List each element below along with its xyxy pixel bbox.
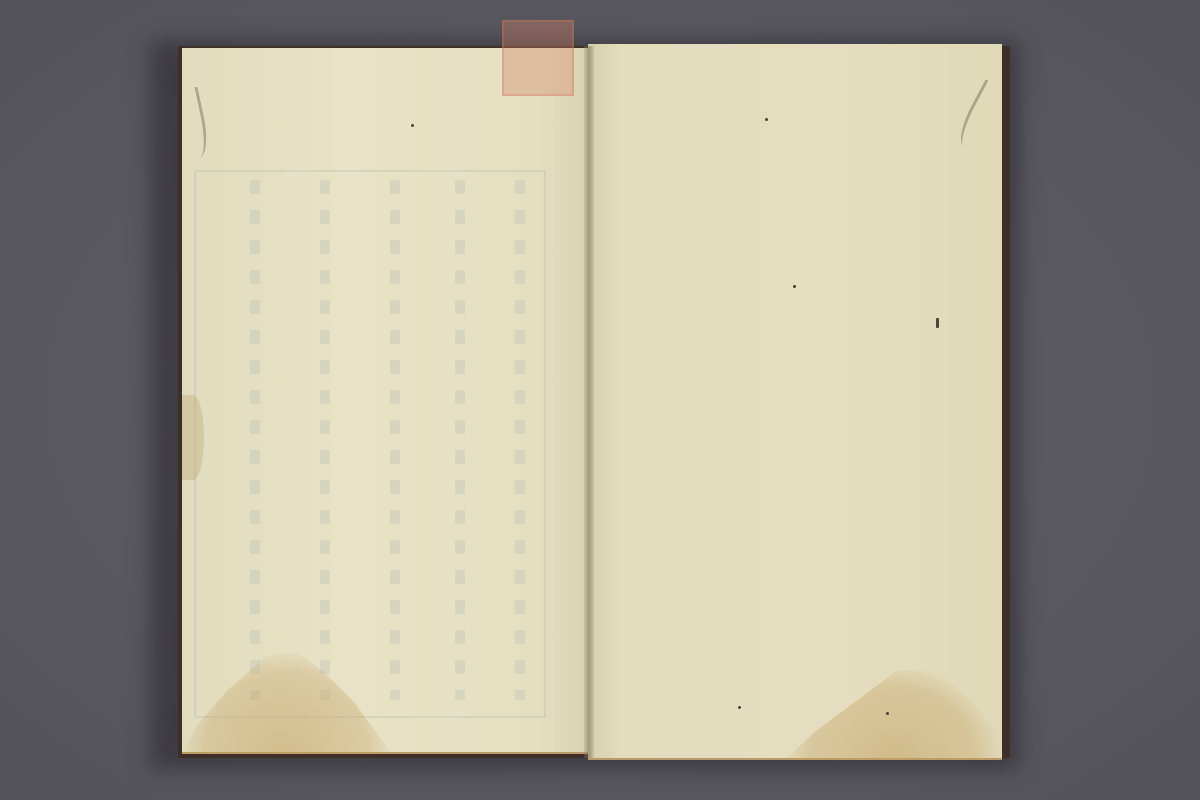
bleed-through-column bbox=[250, 180, 260, 700]
paper-speck bbox=[738, 706, 741, 709]
paper-speck bbox=[793, 285, 796, 288]
bleed-through-column bbox=[515, 180, 525, 700]
bleed-through-column bbox=[455, 180, 465, 700]
paper-speck bbox=[411, 124, 414, 127]
paper-speck bbox=[936, 318, 939, 328]
right-page bbox=[588, 44, 1002, 760]
bleed-through-column bbox=[320, 180, 330, 700]
book-gutter bbox=[584, 46, 594, 758]
paper-speck bbox=[765, 118, 768, 121]
paper-speck bbox=[886, 712, 889, 715]
red-seal-impression bbox=[502, 20, 574, 96]
bleed-through-text-frame bbox=[194, 170, 546, 718]
bleed-through-column bbox=[390, 180, 400, 700]
edge-stain-left bbox=[182, 395, 204, 480]
